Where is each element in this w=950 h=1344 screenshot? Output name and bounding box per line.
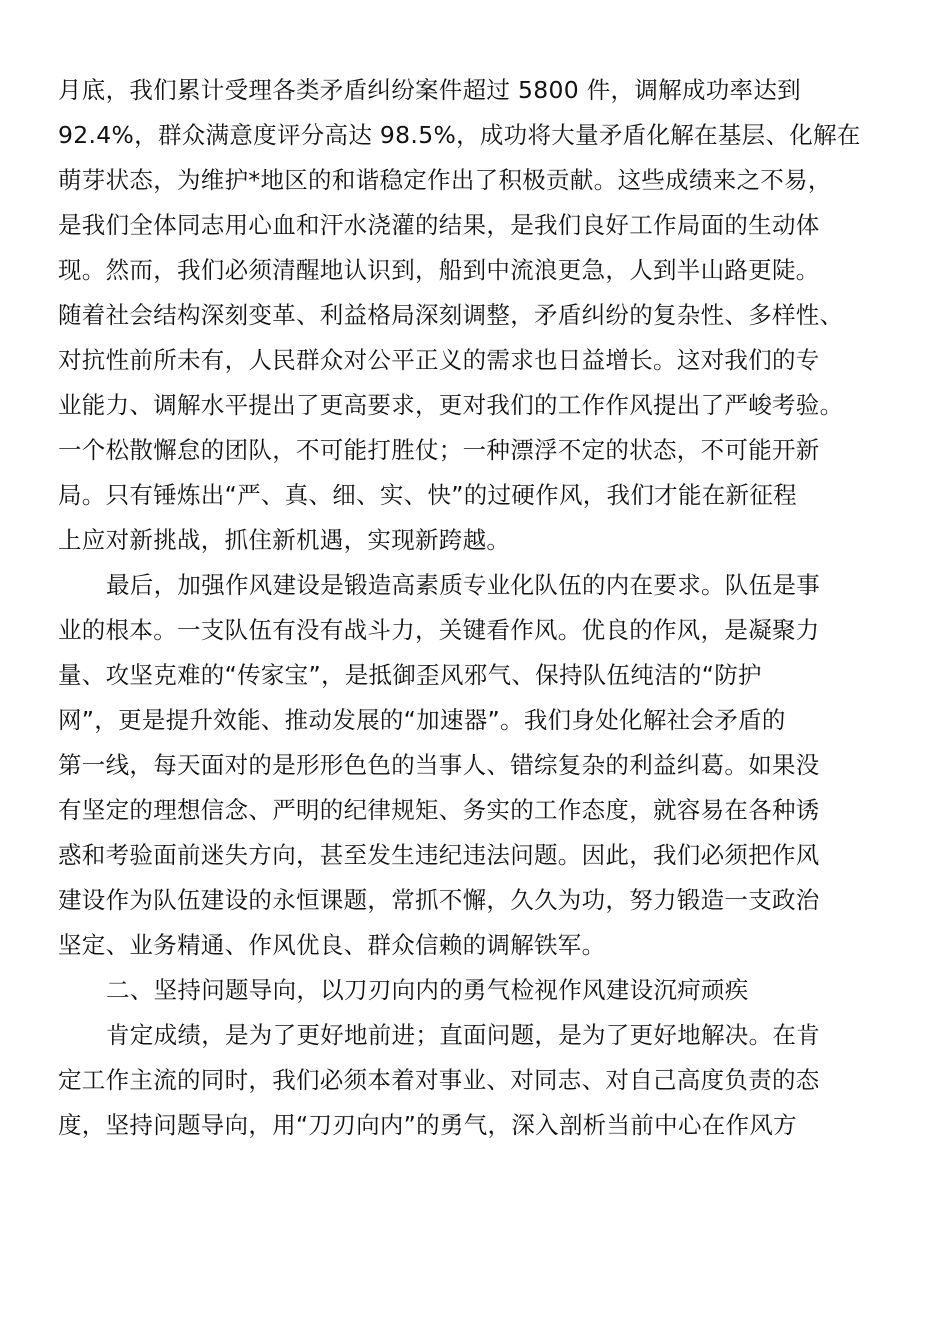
text-line: 92.4%，群众满意度评分高达 98.5%，成功将大量矛盾化解在基层、化解在: [58, 113, 883, 158]
text-line: 随着社会结构深刻变革、利益格局深刻调整，矛盾纠纷的复杂性、多样性、: [58, 293, 883, 338]
text-line: 网”，更是提升效能、推动发展的“加速器”。我们身处化解社会矛盾的: [58, 698, 883, 743]
text-line: 惑和考验面前迷失方向，甚至发生违纪违法问题。因此，我们必须把作风: [58, 833, 883, 878]
section-heading: 二、坚持问题导向，以刀刃向内的勇气检视作风建设沉疴顽疾: [58, 968, 883, 1013]
text-line: 业能力、调解水平提出了更高要求，更对我们的工作作风提出了严峻考验。: [58, 383, 883, 428]
text-line: 萌芽状态，为维护*地区的和谐稳定作出了积极贡献。这些成绩来之不易，: [58, 158, 883, 203]
text-line: 建设作为队伍建设的永恒课题，常抓不懈，久久为功，努力锻造一支政治: [58, 878, 883, 923]
text-line: 上应对新挑战，抓住新机遇，实现新跨越。: [58, 518, 883, 563]
text-line: 有坚定的理想信念、严明的纪律规矩、务实的工作态度，就容易在各种诱: [58, 788, 883, 833]
text-line: 业的根本。一支队伍有没有战斗力，关键看作风。优良的作风，是凝聚力: [58, 608, 883, 653]
text-line: 现。然而，我们必须清醒地认识到，船到中流浪更急，人到半山路更陡。: [58, 248, 883, 293]
text-line: 是我们全体同志用心血和汗水浇灌的结果，是我们良好工作局面的生动体: [58, 203, 883, 248]
text-line: 局。只有锤炼出“严、真、细、实、快”的过硬作风，我们才能在新征程: [58, 473, 883, 518]
text-line: 第一线，每天面对的是形形色色的当事人、错综复杂的利益纠葛。如果没: [58, 743, 883, 788]
text-line: 对抗性前所未有，人民群众对公平正义的需求也日益增长。这对我们的专: [58, 338, 883, 383]
document-page: 月底，我们累计受理各类矛盾纠纷案件超过 5800 件，调解成功率达到92.4%，…: [58, 68, 883, 1148]
text-line: 度，坚持问题导向，用“刀刃向内”的勇气，深入剖析当前中心在作风方: [58, 1103, 883, 1148]
text-line: 月底，我们累计受理各类矛盾纠纷案件超过 5800 件，调解成功率达到: [58, 68, 883, 113]
text-line: 量、攻坚克难的“传家宝”，是抵御歪风邪气、保持队伍纯洁的“防护: [58, 653, 883, 698]
text-line: 肯定成绩，是为了更好地前进；直面问题，是为了更好地解决。在肯: [58, 1013, 883, 1058]
text-line: 定工作主流的同时，我们必须本着对事业、对同志、对自己高度负责的态: [58, 1058, 883, 1103]
text-line: 最后，加强作风建设是锻造高素质专业化队伍的内在要求。队伍是事: [58, 563, 883, 608]
text-line: 一个松散懈怠的团队，不可能打胜仗；一种漂浮不定的状态，不可能开新: [58, 428, 883, 473]
text-line: 坚定、业务精通、作风优良、群众信赖的调解铁军。: [58, 923, 883, 968]
